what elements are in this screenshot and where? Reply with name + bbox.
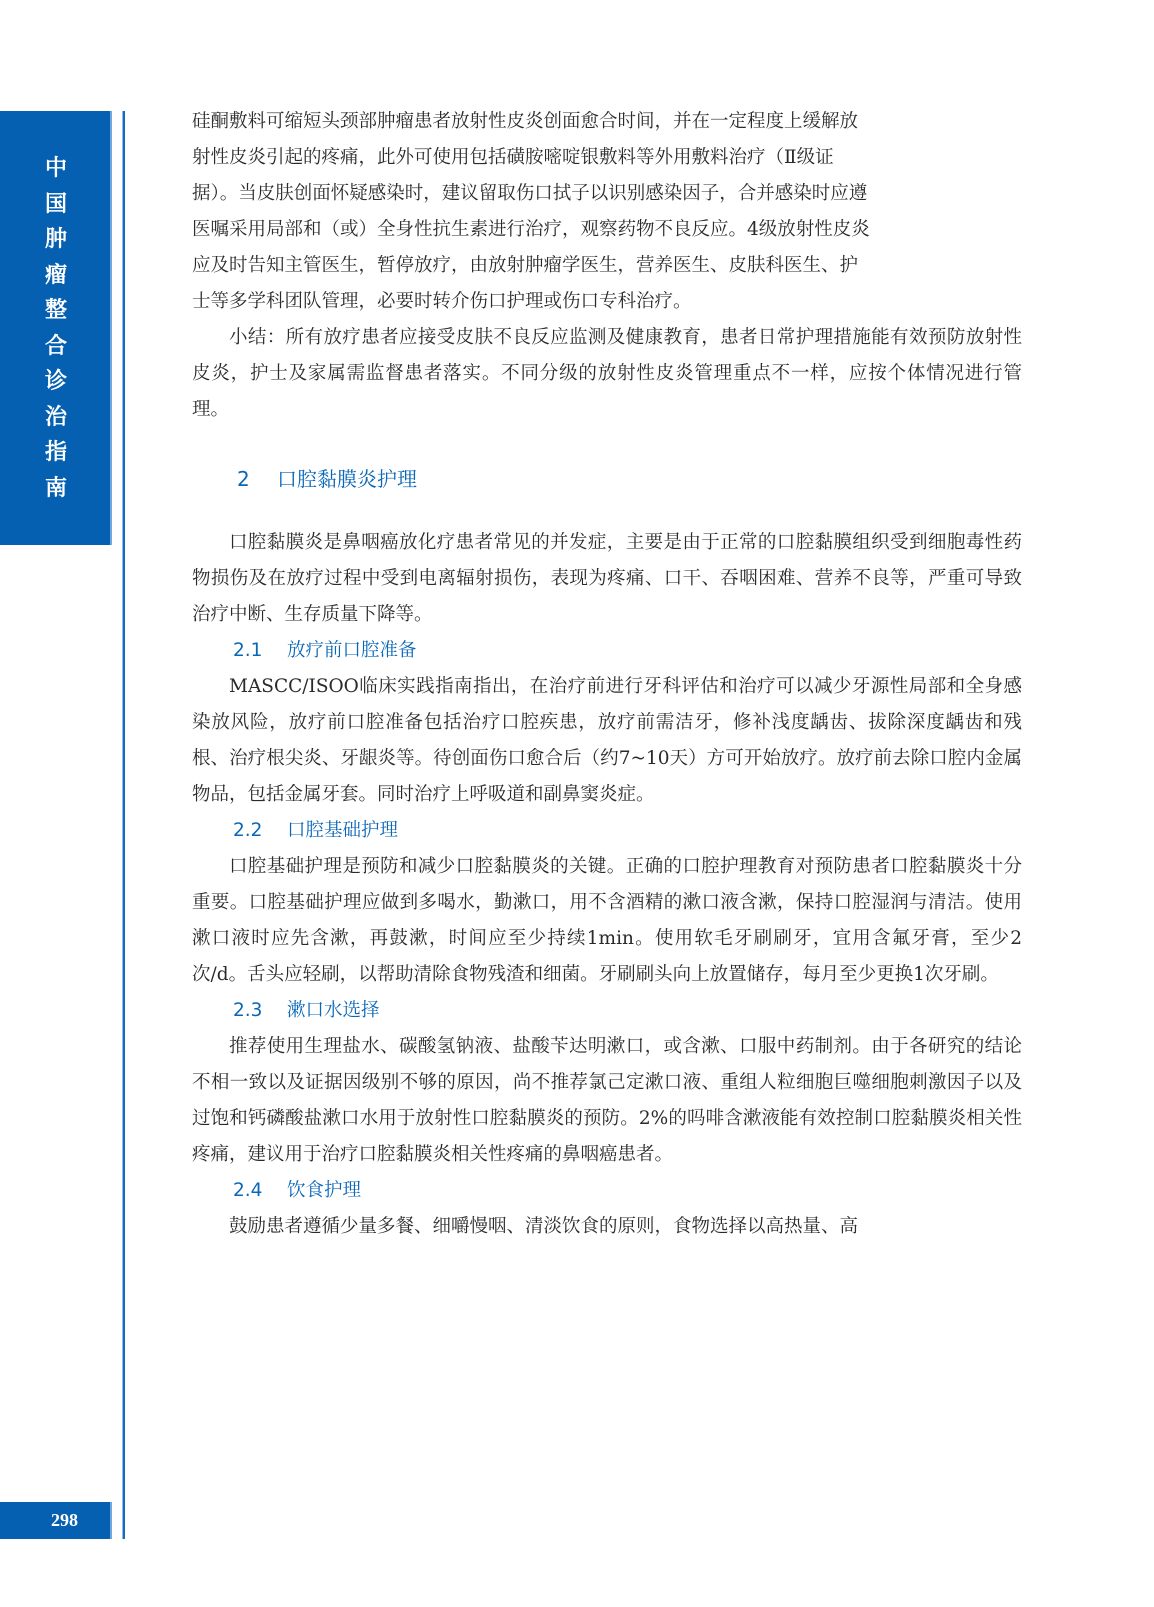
margin-rule: [122, 111, 125, 1539]
subsection-title: 漱口水选择: [287, 1000, 380, 1021]
page-number: 298: [0, 1502, 112, 1539]
text-line: 士等多学科团队管理，必要时转介伤口护理或伤口专科治疗。: [192, 291, 692, 312]
book-title-char: 肿: [45, 222, 67, 258]
page-body: 硅酮敷料可缩短头颈部肿瘤患者放射性皮炎创面愈合时间，并在一定程度上缓解放 射性皮…: [192, 104, 1022, 1245]
subsection-text: 推荐使用生理盐水、碳酸氢钠液、盐酸苄达明漱口，或含漱、口服中药制剂。由于各研究的…: [192, 1029, 1022, 1173]
book-title-char: 整: [45, 293, 67, 329]
subsection-text: MASCC/ISOO临床实践指南指出，在治疗前进行牙科评估和治疗可以减少牙源性局…: [192, 669, 1022, 813]
section-title: 口腔黏膜炎护理: [277, 467, 417, 491]
book-title-char: 南: [45, 471, 67, 507]
text-line: 据）。当皮肤创面怀疑感染时，建议留取伤口拭子以识别感染因子，合并感染时应遵: [192, 183, 867, 204]
book-title-vertical: 中 国 肿 瘤 整 合 诊 治 指 南: [0, 151, 112, 506]
subsection-heading: 2.4饮食护理: [192, 1173, 1022, 1209]
subsection-title: 口腔基础护理: [287, 820, 398, 841]
text-line: 射性皮炎引起的疼痛，此外可使用包括磺胺嘧啶银敷料等外用敷料治疗（Ⅱ级证: [192, 147, 834, 168]
text-line: 硅酮敷料可缩短头颈部肿瘤患者放射性皮炎创面愈合时间，并在一定程度上缓解放: [192, 111, 858, 132]
subsection-heading: 2.1放疗前口腔准备: [192, 633, 1022, 669]
subsection-text: 鼓励患者遵循少量多餐、细嚼慢咽、清淡饮食的原则，食物选择以高热量、高: [192, 1209, 1022, 1245]
book-title-char: 国: [45, 187, 67, 223]
subsection-title: 放疗前口腔准备: [287, 640, 417, 661]
subsection-number: 2.2: [233, 813, 287, 849]
summary-paragraph: 小结：所有放疗患者应接受皮肤不良反应监测及健康教育，患者日常护理措施能有效预防放…: [192, 320, 1022, 428]
book-title-char: 合: [45, 329, 67, 365]
book-title-char: 指: [45, 435, 67, 471]
book-title-char: 中: [45, 151, 67, 187]
section-number: 2: [237, 464, 277, 494]
section-intro: 口腔黏膜炎是鼻咽癌放化疗患者常见的并发症，主要是由于正常的口腔黏膜组织受到细胞毒…: [192, 525, 1022, 633]
paragraph-continued: 硅酮敷料可缩短头颈部肿瘤患者放射性皮炎创面愈合时间，并在一定程度上缓解放 射性皮…: [192, 104, 1022, 320]
section-heading: 2口腔黏膜炎护理: [192, 464, 1022, 494]
book-title-char: 诊: [45, 364, 67, 400]
subsection-number: 2.1: [233, 633, 287, 669]
book-title-char: 治: [45, 400, 67, 436]
subsection-heading: 2.3漱口水选择: [192, 993, 1022, 1029]
book-title-char: 瘤: [45, 258, 67, 294]
text-line: 医嘱采用局部和（或）全身性抗生素进行治疗，观察药物不良反应。4级放射性皮炎: [192, 219, 870, 240]
subsection-text: 口腔基础护理是预防和减少口腔黏膜炎的关键。正确的口腔护理教育对预防患者口腔黏膜炎…: [192, 849, 1022, 993]
chapter-side-tab: 中 国 肿 瘤 整 合 诊 治 指 南: [0, 111, 112, 545]
subsection-number: 2.3: [233, 993, 287, 1029]
text-line: 应及时告知主管医生，暂停放疗，由放射肿瘤学医生，营养医生、皮肤科医生、护: [192, 255, 858, 276]
subsection-heading: 2.2口腔基础护理: [192, 813, 1022, 849]
subsection-number: 2.4: [233, 1173, 287, 1209]
subsection-title: 饮食护理: [287, 1180, 361, 1201]
